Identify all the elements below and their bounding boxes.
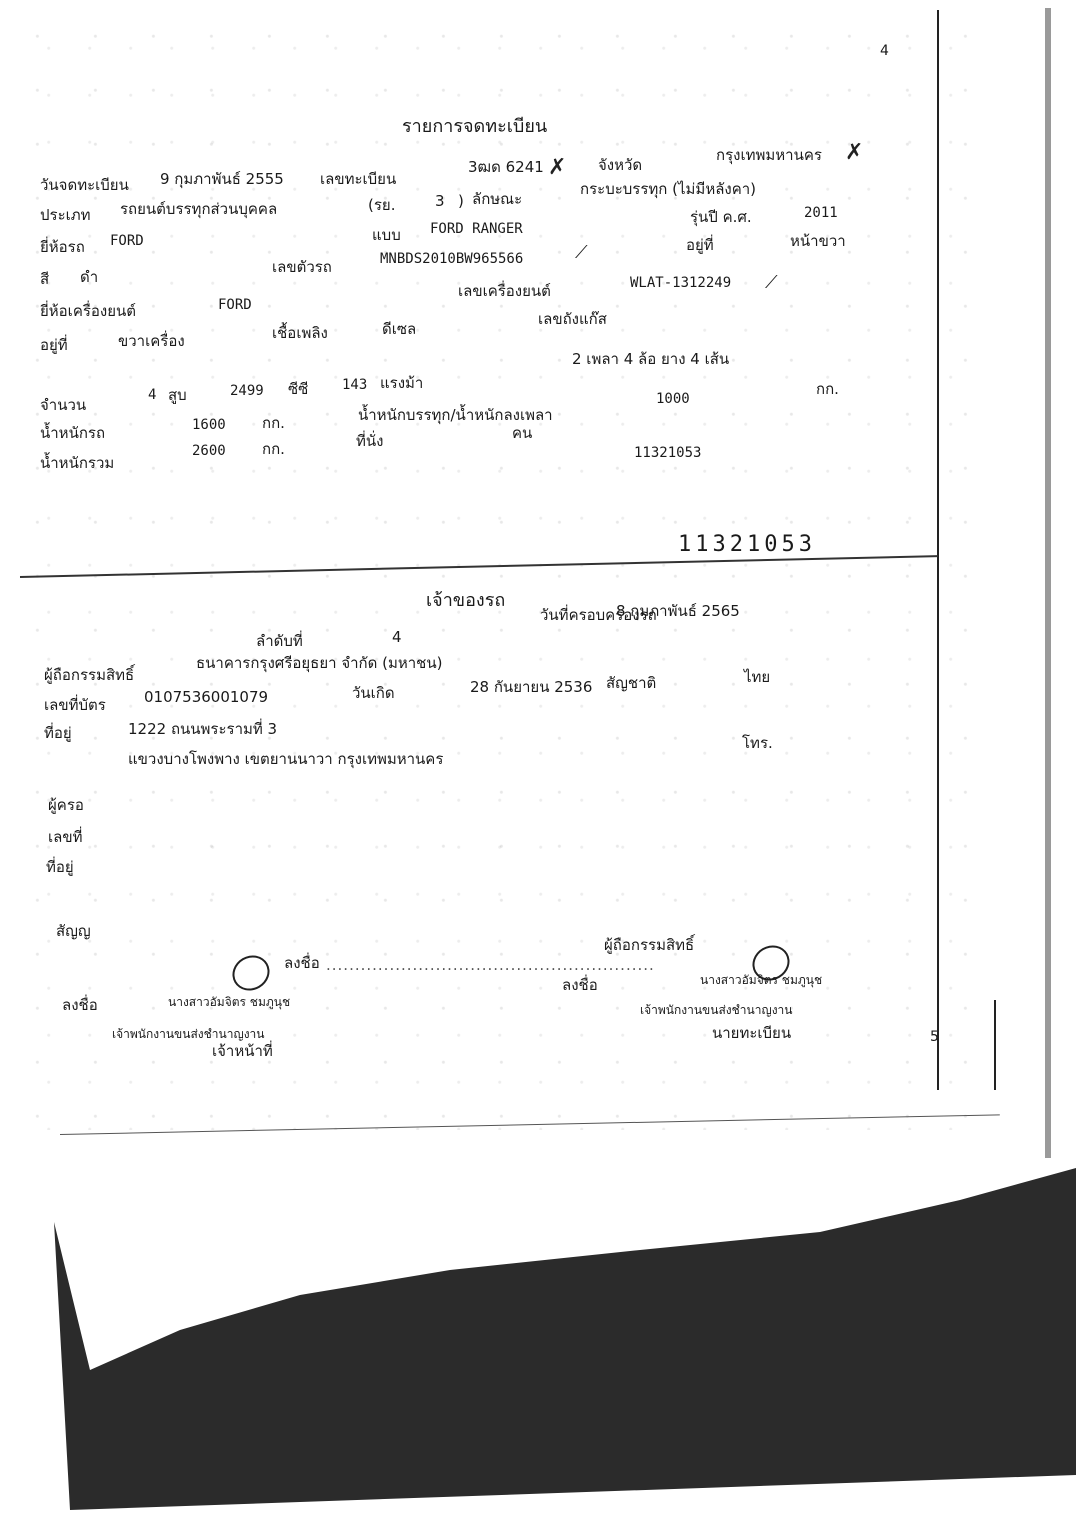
gas-tank-label: เลขถังแก๊ส	[538, 312, 607, 327]
total-weight-unit: กก.	[262, 442, 285, 457]
order-value: 4	[392, 630, 402, 645]
check-slash-mark-icon: ⟋	[765, 272, 778, 293]
vehicle-weight-unit: กก.	[262, 416, 285, 431]
possessor-label: ผู้ครอ	[48, 798, 84, 813]
owner-section-title: เจ้าของรถ	[426, 592, 505, 610]
address-line2: แขวงบางโพงพาง เขตยานนาวา กรุงเทพมหานคร	[128, 752, 443, 767]
check-slash-mark-icon: ⟋	[575, 242, 588, 263]
officer-sign-label: ลงชื่อ	[62, 998, 98, 1013]
engine-location-label: อยู่ที่	[40, 338, 68, 353]
cc-value: 2499	[230, 384, 264, 398]
phone-label: โทร.	[742, 736, 773, 751]
page-right-border-lower	[994, 1000, 996, 1090]
year-label: รุ่นปี ค.ศ.	[690, 210, 752, 225]
chassis-value: MNBDS2010BW965566	[380, 252, 523, 266]
brand-label: ยี่ห้อรถ	[40, 240, 85, 255]
type-code-suffix: )	[458, 194, 464, 209]
total-weight-label: น้ำหนักรวม	[40, 456, 114, 471]
type-value: รถยนต์บรรทุกส่วนบุคคล	[120, 202, 277, 217]
body-label: ลักษณะ	[472, 192, 522, 207]
color-label: สี	[40, 272, 49, 287]
officer-name: นางสาวอัมจิตร ชมภูนุช	[168, 996, 290, 1008]
possessor-address-label: ที่อยู่	[46, 860, 74, 875]
contract-label: สัญญ	[56, 924, 91, 939]
check-x-mark-icon: ✗	[548, 155, 566, 180]
holder-label: ผู้ถือกรรมสิทธิ์	[44, 668, 134, 683]
engine-brand-value: FORD	[218, 298, 252, 312]
reg-date-label: วันจดทะเบียน	[40, 178, 129, 193]
type-code-prefix: (รย.	[368, 198, 395, 213]
check-x-mark-icon: ✗	[845, 140, 863, 165]
model-value: FORD RANGER	[430, 222, 523, 236]
plate-label: เลขทะเบียน	[320, 172, 396, 187]
chassis-label: เลขตัวรถ	[272, 260, 332, 275]
nationality-label: สัญชาติ	[606, 676, 656, 691]
order-label: ลำดับที่	[256, 634, 303, 649]
total-weight-value: 2600	[192, 444, 226, 458]
holder-sign-line: ........................................…	[326, 958, 655, 973]
registrar-role: นายทะเบียน	[712, 1026, 791, 1041]
registrar-name: นางสาวอัมจิตร ชมภูนุช	[700, 974, 822, 986]
body-value: กระบะบรรทุก (ไม่มีหลังคา)	[580, 182, 756, 197]
engine-no-value: WLAT-1312249	[630, 276, 731, 290]
page-number-bottom: 5	[930, 1030, 939, 1044]
type-code-value: 3	[435, 194, 445, 209]
birth-value: 28 กันยายน 2536	[470, 680, 592, 695]
possessor-id-label: เลขที่	[48, 830, 82, 845]
load-weight-unit: กก.	[816, 382, 839, 397]
hp-value: 143	[342, 378, 367, 392]
fuel-value: ดีเซล	[382, 322, 416, 337]
document-number-stamp: 11321053	[678, 534, 816, 556]
load-weight-label: น้ำหนักบรรทุก/น้ำหนักลงเพลา	[358, 408, 553, 423]
province-value: กรุงเทพมหานคร	[716, 148, 822, 163]
holder-value: ธนาคารกรุงศรีอยุธยา จำกัด (มหาชน)	[196, 656, 442, 671]
scan-gray-edge	[1045, 8, 1051, 1158]
scanned-document-page: 4 รายการจดทะเบียน วันจดทะเบียน 9 กุมภาพั…	[0, 0, 1076, 1522]
color-value: ดำ	[80, 270, 98, 285]
engine-location-value: ขวาเครื่อง	[118, 334, 185, 349]
axles-wheels-value: 2 เพลา 4 ล้อ ยาง 4 เส้น	[572, 352, 729, 367]
cc-unit: ซีซี	[288, 382, 308, 397]
model-label: แบบ	[372, 228, 401, 243]
address-label: ที่อยู่	[44, 726, 72, 741]
count-label: จำนวน	[40, 398, 86, 413]
page-right-border	[937, 10, 939, 1090]
engine-brand-label: ยี่ห้อเครื่องยนต์	[40, 304, 136, 319]
registrar-sign-label: ลงชื่อ	[562, 978, 598, 993]
address-line1: 1222 ถนนพระรามที่ 3	[128, 722, 277, 737]
type-label: ประเภท	[40, 208, 91, 223]
possession-date-value: 8 กุมภาพันธ์ 2565	[616, 604, 740, 619]
birth-label: วันเกิด	[352, 686, 395, 701]
plate-value: 3ฒด 6241	[468, 160, 544, 175]
province-label: จังหวัด	[598, 158, 642, 173]
officer-title: เจ้าพนักงานขนส่งชำนาญงาน	[112, 1028, 265, 1040]
year-value: 2011	[804, 206, 838, 220]
nationality-value: ไทย	[744, 670, 770, 685]
seats-label: ที่นั่ง	[356, 434, 383, 449]
vehicle-weight-value: 1600	[192, 418, 226, 432]
id-label: เลขที่บัตร	[44, 698, 106, 713]
chassis-location-value: หน้าขวา	[790, 234, 846, 249]
officer-role: เจ้าหน้าที่	[212, 1044, 273, 1059]
fuel-label: เชื้อเพลิง	[272, 326, 328, 341]
vehicle-weight-label: น้ำหนักรถ	[40, 426, 105, 441]
holder-sign-label: ลงชื่อ	[284, 956, 320, 971]
reg-date-value: 9 กุมภาพันธ์ 2555	[160, 172, 284, 187]
hp-unit: แรงม้า	[380, 376, 423, 391]
id-value: 0107536001079	[144, 690, 268, 705]
brand-value: FORD	[110, 234, 144, 248]
chassis-location-label: อยู่ที่	[686, 238, 714, 253]
page-number-top: 4	[880, 44, 889, 58]
registrar-title: เจ้าพนักงานขนส่งชำนาญงาน	[640, 1004, 793, 1016]
document-number: 11321053	[634, 446, 701, 460]
seats-unit: คน	[512, 426, 532, 441]
registration-title: รายการจดทะเบียน	[402, 118, 547, 136]
holder-sign-role: ผู้ถือกรรมสิทธิ์	[604, 938, 694, 953]
cylinders-unit: สูบ	[168, 388, 187, 403]
load-weight-value: 1000	[656, 392, 690, 406]
engine-no-label: เลขเครื่องยนต์	[458, 284, 551, 299]
scanner-dark-background	[0, 1150, 1076, 1522]
cylinders-value: 4	[148, 388, 156, 402]
